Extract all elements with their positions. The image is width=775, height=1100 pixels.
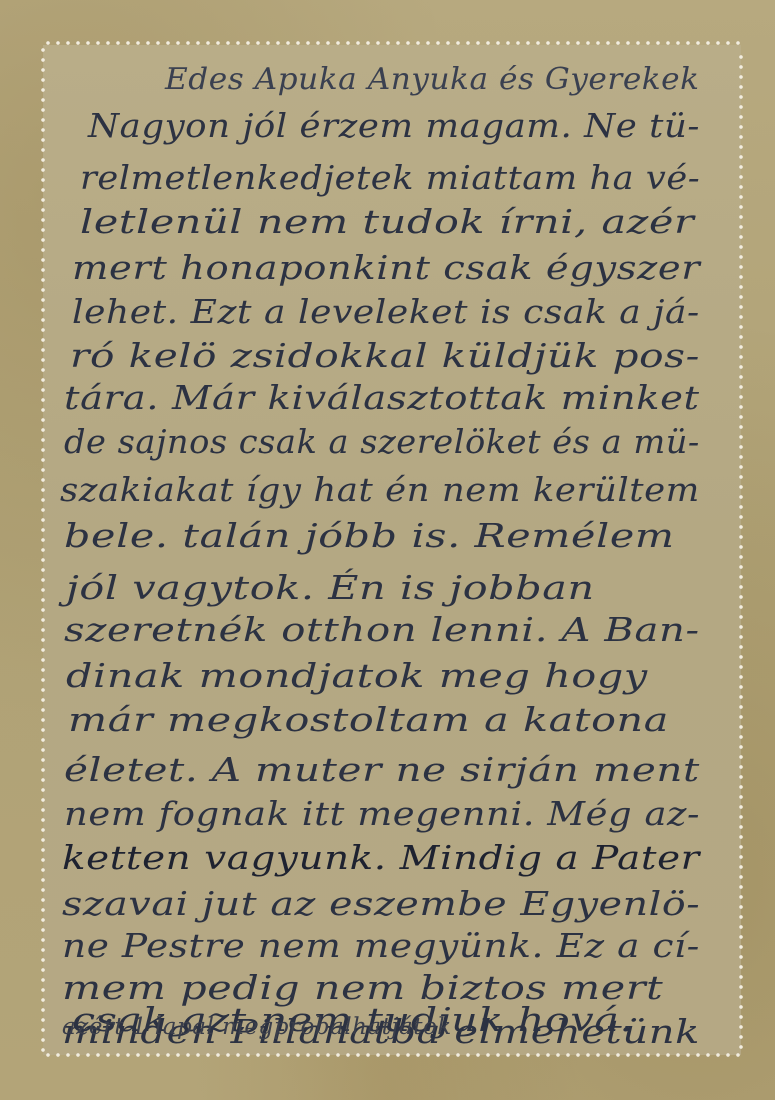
postscript: azért 1 lapal megprobalhatjátok [62,1014,452,1040]
perforation-left [41,45,45,1055]
letter-line: szakiakat így hat én nem kerültem [60,470,700,509]
letter-line: de sajnos csak a szerelöket és a mü- [64,422,700,461]
letter-line: szavai jut az eszembe Egyenlö- [62,884,700,923]
letter-line: már megkostoltam a katona [68,700,669,739]
letter-line: ketten vagyunk. Mindig a Pater [62,838,700,877]
letter-line: életet. A muter ne sirján ment [64,750,700,789]
letter-line: letlenül nem tudok írni, azér [80,202,694,241]
greeting: Edes Apuka Anyuka és Gyerekek [165,62,700,97]
letter-line: szeretnék otthon lenni. A Ban- [64,610,700,649]
letter-line: nem fognak itt megenni. Még az- [64,794,700,833]
letter-line: jól vagytok. Én is jobban [66,568,595,607]
letter-line: ró kelö zsidokkal küldjük pos- [70,336,700,375]
perforation-bottom [43,1053,743,1057]
perforation-right [739,52,743,1055]
letter-line: tára. Már kiválasztottak minket [64,378,700,417]
letter-line: dinak mondjatok meg hogy [66,656,648,695]
letter-line: lehet. Ezt a leveleket is csak a já- [72,292,700,331]
letter-line: relmetlenkedjetek miattam ha vé- [80,158,700,197]
letter-line: mert honaponkint csak égyszer [72,248,700,287]
letter-line: Nagyon jól érzem magam. Ne tü- [88,106,700,145]
perforation-top [43,41,743,45]
letter-line: ne Pestre nem megyünk. Ez a cí- [62,926,700,965]
letter-line: bele. talán jóbb is. Remélem [64,516,675,555]
